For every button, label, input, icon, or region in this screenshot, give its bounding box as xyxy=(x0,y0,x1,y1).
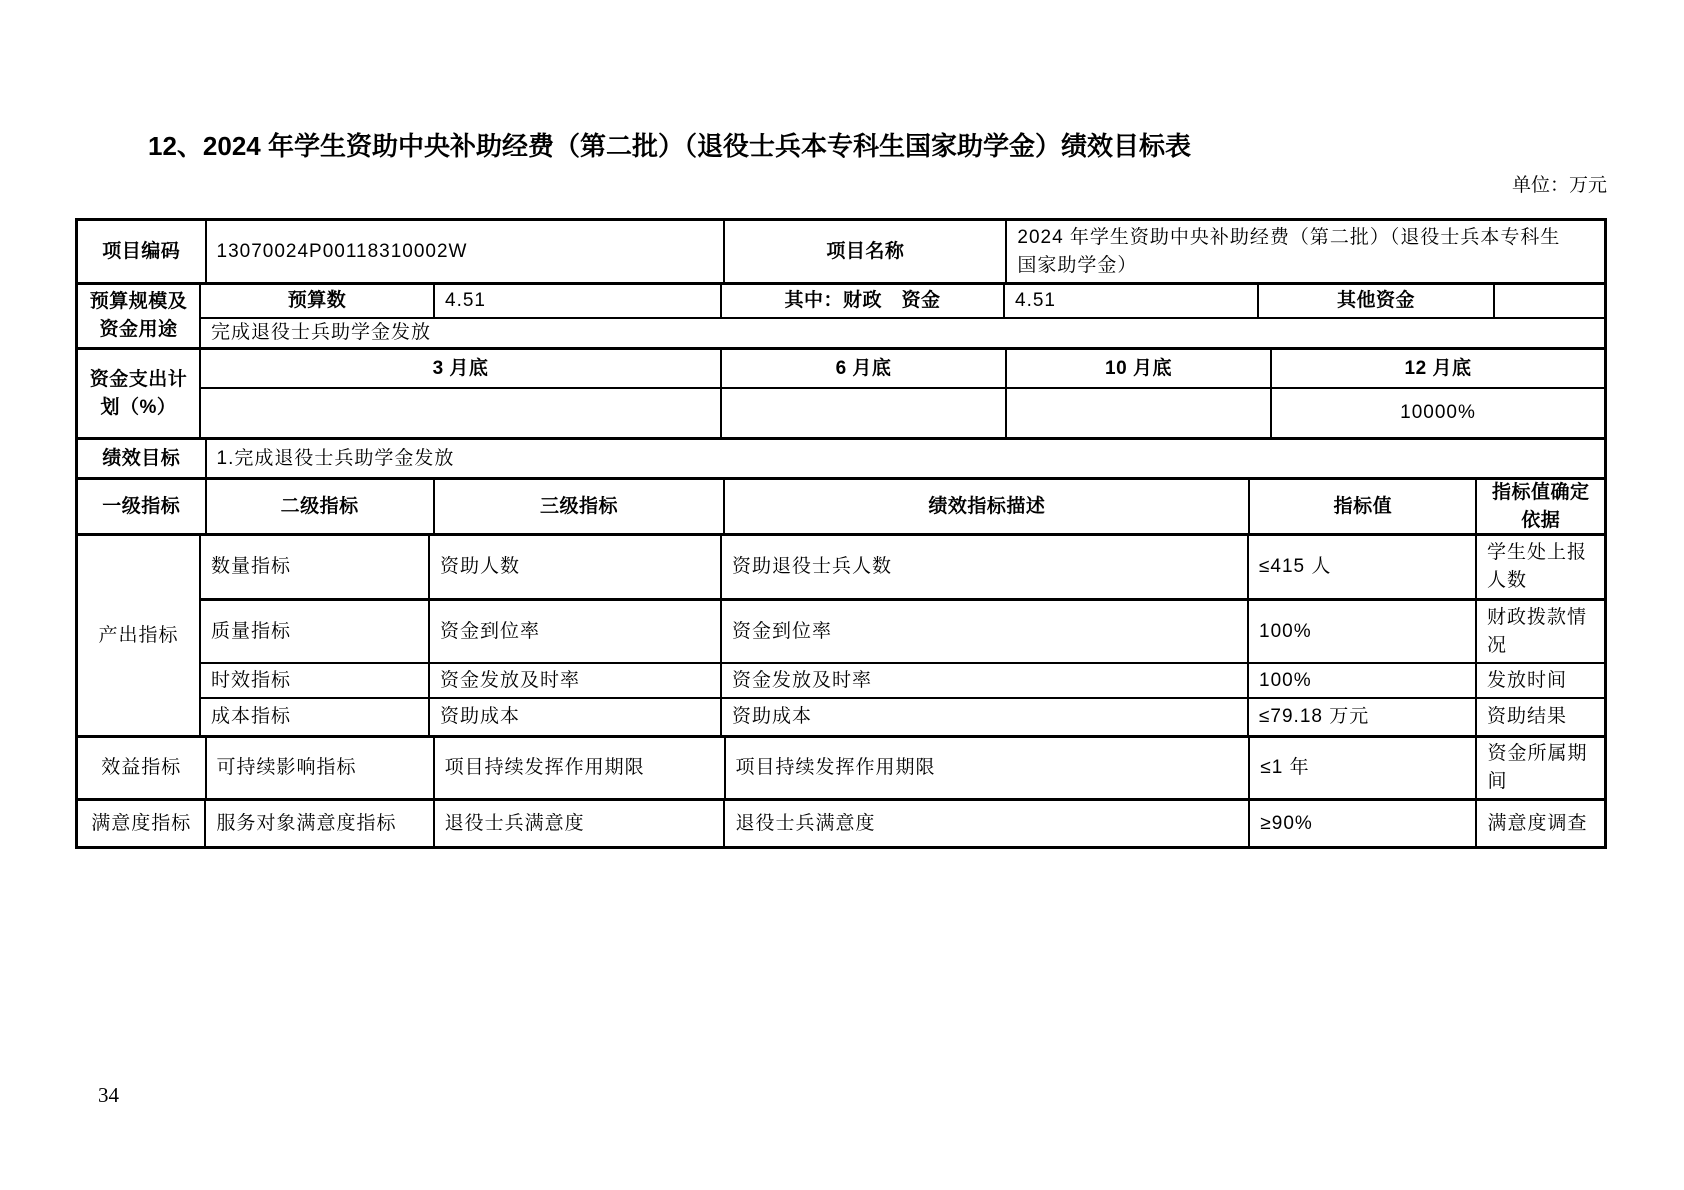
indicator-l2-cell: 服务对象满意度指标 xyxy=(206,801,434,846)
indicator-desc-cell: 资助退役士兵人数 xyxy=(722,536,1249,598)
performance-goal-label-cell: 绩效目标 xyxy=(78,440,207,477)
indicator-value-cell: 100% xyxy=(1249,601,1477,662)
plan-value-cell xyxy=(1007,389,1272,437)
project-name-label-cell: 项目名称 xyxy=(725,221,1007,282)
expenditure-plan-section: 资金支出计 划（%） 3 月底 6 月底 10 月底 12 月底 10000% xyxy=(78,350,1604,440)
performance-table: 项目编码 13070024P00118310002W 项目名称 2024 年学生… xyxy=(75,218,1607,849)
indicator-value-cell: 100% xyxy=(1249,664,1477,697)
performance-goal-row: 绩效目标 1.完成退役士兵助学金发放 xyxy=(78,440,1604,480)
other-funds-label-cell: 其他资金 xyxy=(1259,285,1495,317)
document-page: 12、2024 年学生资助中央补助经费（第二批）（退役士兵本专科生国家助学金）绩… xyxy=(0,0,1684,1190)
indicator-header-cell: 指标值确定 依据 xyxy=(1477,480,1604,533)
fund-use-cell: 完成退役士兵助学金发放 xyxy=(201,319,1604,348)
plan-period-cell: 6 月底 xyxy=(722,350,1007,387)
indicator-value-cell: ≤79.18 万元 xyxy=(1249,699,1477,735)
indicator-l2-cell: 可持续影响指标 xyxy=(207,738,435,798)
plan-period-cell: 10 月底 xyxy=(1007,350,1272,387)
indicator-l3-cell: 退役士兵满意度 xyxy=(435,801,726,846)
indicator-header-cell: 一级指标 xyxy=(78,480,207,533)
indicator-l2-cell: 数量指标 xyxy=(201,536,430,598)
budget-amount-row: 预算数 4.51 其中：财政 资金 4.51 其他资金 xyxy=(201,285,1604,319)
project-name-value-cell: 2024 年学生资助中央补助经费（第二批）（退役士兵本专科生 国家助学金） xyxy=(1007,221,1604,282)
indicator-row: 成本指标 资助成本 资助成本 ≤79.18 万元 资助结果 xyxy=(201,699,1604,735)
indicator-l3-cell: 资助人数 xyxy=(430,536,722,598)
fund-use-row: 完成退役士兵助学金发放 xyxy=(201,319,1604,348)
other-funds-value-cell xyxy=(1495,285,1604,317)
indicator-basis-cell: 财政拨款情 况 xyxy=(1477,601,1604,662)
project-code-label-cell: 项目编码 xyxy=(78,221,207,282)
indicator-l2-cell: 成本指标 xyxy=(201,699,430,735)
indicator-header-row: 一级指标 二级指标 三级指标 绩效指标描述 指标值 指标值确定 依据 xyxy=(78,480,1604,536)
indicator-value-cell: ≥90% xyxy=(1250,801,1477,846)
indicator-basis-cell: 满意度调查 xyxy=(1477,801,1604,846)
indicator-basis-cell: 资助结果 xyxy=(1477,699,1604,735)
indicator-desc-cell: 资金发放及时率 xyxy=(722,664,1249,697)
indicator-header-cell: 绩效指标描述 xyxy=(725,480,1250,533)
unit-note: 单位：万元 xyxy=(75,170,1607,197)
indicator-row: 质量指标 资金到位率 资金到位率 100% 财政拨款情 况 xyxy=(201,601,1604,664)
indicator-value-cell: ≤1 年 xyxy=(1250,738,1477,798)
page-title: 12、2024 年学生资助中央补助经费（第二批）（退役士兵本专科生国家助学金）绩… xyxy=(148,126,1191,163)
benefit-indicator-row: 效益指标 可持续影响指标 项目持续发挥作用期限 项目持续发挥作用期限 ≤1 年 … xyxy=(78,738,1604,801)
budget-value-cell: 4.51 xyxy=(435,285,722,317)
page-number: 34 xyxy=(98,1083,119,1108)
indicator-header-cell: 二级指标 xyxy=(207,480,435,533)
plan-section-label-cell: 资金支出计 划（%） xyxy=(78,350,201,437)
indicator-header-cell: 指标值 xyxy=(1250,480,1477,533)
indicator-row: 数量指标 资助人数 资助退役士兵人数 ≤415 人 学生处上报 人数 xyxy=(201,536,1604,601)
indicator-header-cell: 三级指标 xyxy=(435,480,726,533)
indicator-row: 时效指标 资金发放及时率 资金发放及时率 100% 发放时间 xyxy=(201,664,1604,699)
indicator-basis-cell: 发放时间 xyxy=(1477,664,1604,697)
output-indicators-section: 产出指标 数量指标 资助人数 资助退役士兵人数 ≤415 人 学生处上报 人数 … xyxy=(78,536,1604,738)
indicator-l1-cell: 效益指标 xyxy=(78,738,207,798)
indicator-basis-cell: 资金所属期 间 xyxy=(1477,738,1604,798)
fiscal-funds-value-cell: 4.51 xyxy=(1005,285,1259,317)
plan-period-header-row: 3 月底 6 月底 10 月底 12 月底 xyxy=(201,350,1604,389)
indicator-desc-cell: 资助成本 xyxy=(722,699,1249,735)
project-code-value-cell: 13070024P00118310002W xyxy=(207,221,726,282)
fiscal-funds-label-cell: 其中：财政 资金 xyxy=(722,285,1005,317)
indicator-basis-cell: 学生处上报 人数 xyxy=(1477,536,1604,598)
plan-value-cell xyxy=(722,389,1007,437)
satisfaction-indicator-row: 满意度指标 服务对象满意度指标 退役士兵满意度 退役士兵满意度 ≥90% 满意度… xyxy=(78,801,1604,846)
indicator-desc-cell: 退役士兵满意度 xyxy=(725,801,1250,846)
plan-value-row: 10000% xyxy=(201,389,1604,437)
indicator-value-cell: ≤415 人 xyxy=(1249,536,1477,598)
plan-value-cell xyxy=(201,389,722,437)
performance-goal-value-cell: 1.完成退役士兵助学金发放 xyxy=(207,440,1604,477)
indicator-l3-cell: 资金发放及时率 xyxy=(430,664,722,697)
indicator-l2-cell: 时效指标 xyxy=(201,664,430,697)
output-indicators-label-cell: 产出指标 xyxy=(78,536,201,735)
indicator-l1-cell: 满意度指标 xyxy=(78,801,206,846)
project-row: 项目编码 13070024P00118310002W 项目名称 2024 年学生… xyxy=(78,221,1604,285)
plan-period-cell: 3 月底 xyxy=(201,350,722,387)
indicator-l3-cell: 资金到位率 xyxy=(430,601,722,662)
plan-value-cell: 10000% xyxy=(1272,389,1604,437)
budget-label-cell: 预算数 xyxy=(201,285,435,317)
plan-period-cell: 12 月底 xyxy=(1272,350,1604,387)
indicator-l3-cell: 项目持续发挥作用期限 xyxy=(435,738,726,798)
indicator-l2-cell: 质量指标 xyxy=(201,601,430,662)
indicator-l3-cell: 资助成本 xyxy=(430,699,722,735)
budget-section-label-cell: 预算规模及 资金用途 xyxy=(78,285,201,347)
budget-section: 预算规模及 资金用途 预算数 4.51 其中：财政 资金 4.51 其他资金 完… xyxy=(78,285,1604,350)
indicator-desc-cell: 资金到位率 xyxy=(722,601,1249,662)
indicator-desc-cell: 项目持续发挥作用期限 xyxy=(726,738,1251,798)
